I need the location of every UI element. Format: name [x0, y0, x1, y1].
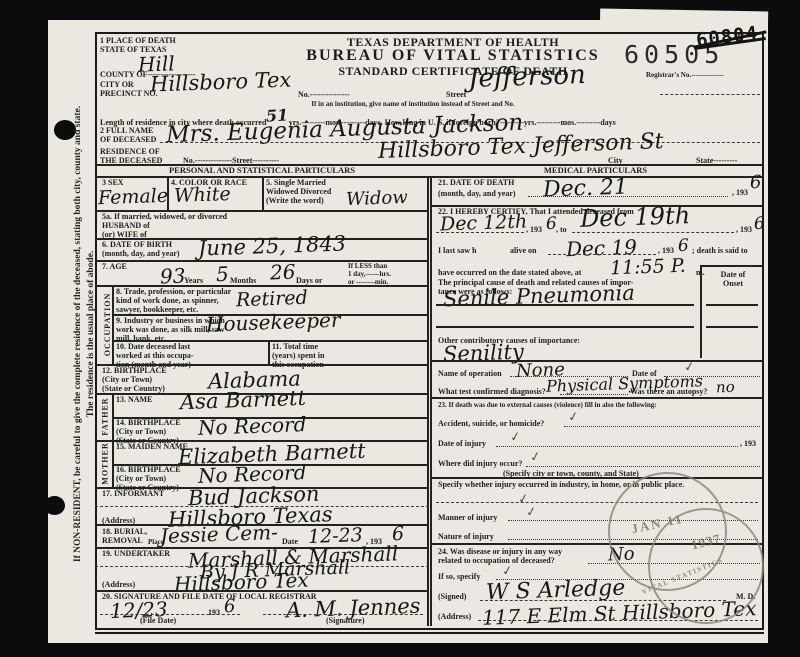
occupation-vertical-label: OCCUPATION	[103, 293, 112, 356]
race-value: White	[174, 185, 231, 206]
accident-label: Accident, suicide, or homicide?	[438, 419, 544, 428]
age-months-label: Months	[230, 276, 256, 285]
last-saw-pre-label: I last saw h	[438, 246, 476, 255]
father-name-label: 13. NAME	[116, 395, 152, 404]
age-days-label: Days or	[296, 276, 322, 285]
city-value: Hillsboro Tex	[150, 70, 292, 96]
trade-value: Retired	[236, 289, 308, 310]
age-years-value: 93	[160, 266, 186, 287]
leader-line	[496, 446, 738, 447]
last-saw-post-label: alive on	[510, 246, 536, 255]
date-of-death-value: Dec. 21	[543, 177, 629, 202]
leader-line	[560, 394, 628, 395]
to-year-value: 6	[754, 216, 765, 233]
date-of-death-sub: (month, day, and year)	[438, 189, 516, 198]
full-name-label: 2 FULL NAME OF DECEASED	[100, 126, 156, 144]
leader-line	[100, 614, 240, 615]
column-divider	[427, 176, 429, 626]
injury-year-printed: , 193	[740, 439, 756, 448]
dob-value: June 25, 1843	[198, 233, 347, 259]
burial-label: 18. BURIAL, REMOVAL	[102, 527, 147, 545]
leader-line	[263, 614, 423, 615]
check-mark: ✓	[567, 409, 580, 426]
marital-value: Widow	[346, 189, 408, 209]
mother-vertical-label: MOTHER	[101, 442, 110, 484]
margin-note-line1: If NON-RESIDENT, be careful to give the …	[72, 36, 85, 632]
punch-hole	[44, 496, 65, 515]
margin-note: If NON-RESIDENT, be careful to give the …	[72, 36, 98, 632]
leader-line	[548, 254, 656, 255]
from-year-printed: , 193	[526, 225, 542, 234]
rule	[706, 326, 758, 328]
check-mark: ✓	[529, 449, 542, 466]
last-saw-year-printed: , 193	[658, 246, 674, 255]
rule	[430, 397, 762, 399]
death-year-value: 6	[750, 174, 762, 192]
occurred-label: have occurred on the date stated above, …	[438, 268, 581, 277]
age-label: 7. AGE	[102, 262, 127, 271]
father-vertical-label: FATHER	[101, 397, 110, 435]
column-divider	[430, 176, 432, 626]
leader-line	[436, 232, 524, 233]
signed-label: (Signed)	[438, 592, 466, 601]
age-less-label: If LESS than 1 day,------hrs. or -------…	[348, 262, 391, 286]
check-mark: ✓	[509, 429, 522, 446]
contributory-value: Senility	[443, 342, 524, 366]
scan-background: { "margin_note": { "line1": "If NON-RESI…	[0, 0, 800, 657]
occupation-related-label: 24. Was disease or injury in any way rel…	[438, 547, 562, 565]
attended-to-value: Dec 19th	[580, 203, 691, 231]
signature-label: (Signature)	[326, 616, 365, 625]
leader-line	[528, 196, 728, 197]
left-section-title: PERSONAL AND STATISTICAL PARTICULARS	[95, 166, 429, 176]
onset-box-border	[700, 265, 762, 267]
trade-label: 8. Trade, profession, or particular kind…	[116, 287, 231, 315]
institution-note: If in an institution, give name of insti…	[198, 100, 628, 108]
leader-line	[572, 232, 734, 233]
street-label: Street	[446, 90, 466, 99]
age-months-value: 5	[216, 264, 229, 284]
age-days-value: 26	[270, 262, 296, 283]
leader-line	[660, 94, 760, 95]
marital-label: 5. Single Married Widowed Divorced (Writ…	[266, 178, 331, 206]
doctor-address-label: (Address)	[438, 612, 471, 621]
onset-box-border	[700, 265, 702, 358]
undertaker-address-label: (Address)	[102, 580, 135, 589]
certificate-border-bottom	[95, 632, 764, 634]
check-mark: ✓	[501, 563, 514, 580]
time-of-death-value: 11:55 P.	[610, 257, 686, 279]
rule	[436, 326, 694, 328]
rule	[430, 360, 762, 362]
external-causes-label: 23. If death was due to external causes …	[438, 401, 657, 409]
sex-value: Female	[98, 187, 169, 208]
industry-value: Housekeeper	[206, 310, 341, 335]
cell-divider	[112, 285, 114, 364]
cell-divider	[268, 340, 270, 364]
autopsy-label: Was there an autopsy?	[630, 387, 707, 396]
street-value: Jefferson	[468, 62, 587, 92]
residence-label: RESIDENCE OF THE DECEASED	[100, 147, 162, 165]
file-year-printed: 193	[208, 608, 220, 617]
death-said-label: ; death is said to	[692, 246, 748, 255]
father-name-value: Asa Barnett	[180, 388, 307, 413]
injury-date-label: Date of injury	[438, 439, 486, 448]
certificate-page: If NON-RESIDENT, be careful to give the …	[48, 20, 768, 643]
dob-label: 6. DATE OF BIRTH (month, day, and year)	[102, 240, 180, 258]
age-years-label: Years	[184, 276, 203, 285]
cell-divider	[167, 176, 169, 210]
registrar-no-label: Registrar's No.--------------	[646, 71, 724, 79]
to-year-printed: , 193	[736, 225, 752, 234]
birthplace-label: 12. BIRTHPLACE (City or Town) (State or …	[102, 366, 167, 394]
check-mark: ✓	[525, 504, 538, 521]
no-label: No.---------------	[298, 90, 350, 99]
manner-of-injury-label: Manner of injury	[438, 513, 497, 522]
undertaker-label: 19. UNDERTAKER	[102, 549, 170, 558]
nature-of-injury-label: Nature of injury	[438, 532, 494, 541]
rule	[436, 304, 694, 306]
rule	[706, 304, 758, 306]
date-of-onset-label: Date of Onset	[706, 270, 760, 288]
right-section-title: MEDICAL PARTICULARS	[429, 166, 762, 176]
if-so-specify-label: If so, specify	[438, 572, 480, 581]
father-birthplace-value: No Record	[198, 414, 307, 438]
date-of-death-label: 21. DATE OF DEATH	[438, 178, 514, 187]
death-year-printed: , 193	[732, 188, 748, 197]
last-saw-year-value: 6	[678, 238, 689, 255]
burial-place-value: Jessie Cem-	[160, 522, 278, 546]
informant-label: 17. INFORMANT	[102, 489, 164, 498]
operation-label: Name of operation	[438, 369, 502, 378]
leader-line	[526, 466, 760, 467]
leader-line	[564, 426, 760, 427]
file-date-label: (File Date)	[140, 616, 176, 625]
autopsy-value: no	[716, 380, 735, 396]
injury-where-label: Where did injury occur?	[438, 459, 523, 468]
received-stamp: JAN 11 1937 VITAL STATISTICS	[593, 472, 768, 632]
to-label: , to	[556, 225, 567, 234]
test-label: What test confirmed diagnosis?	[438, 387, 546, 396]
cell-divider	[262, 176, 264, 210]
